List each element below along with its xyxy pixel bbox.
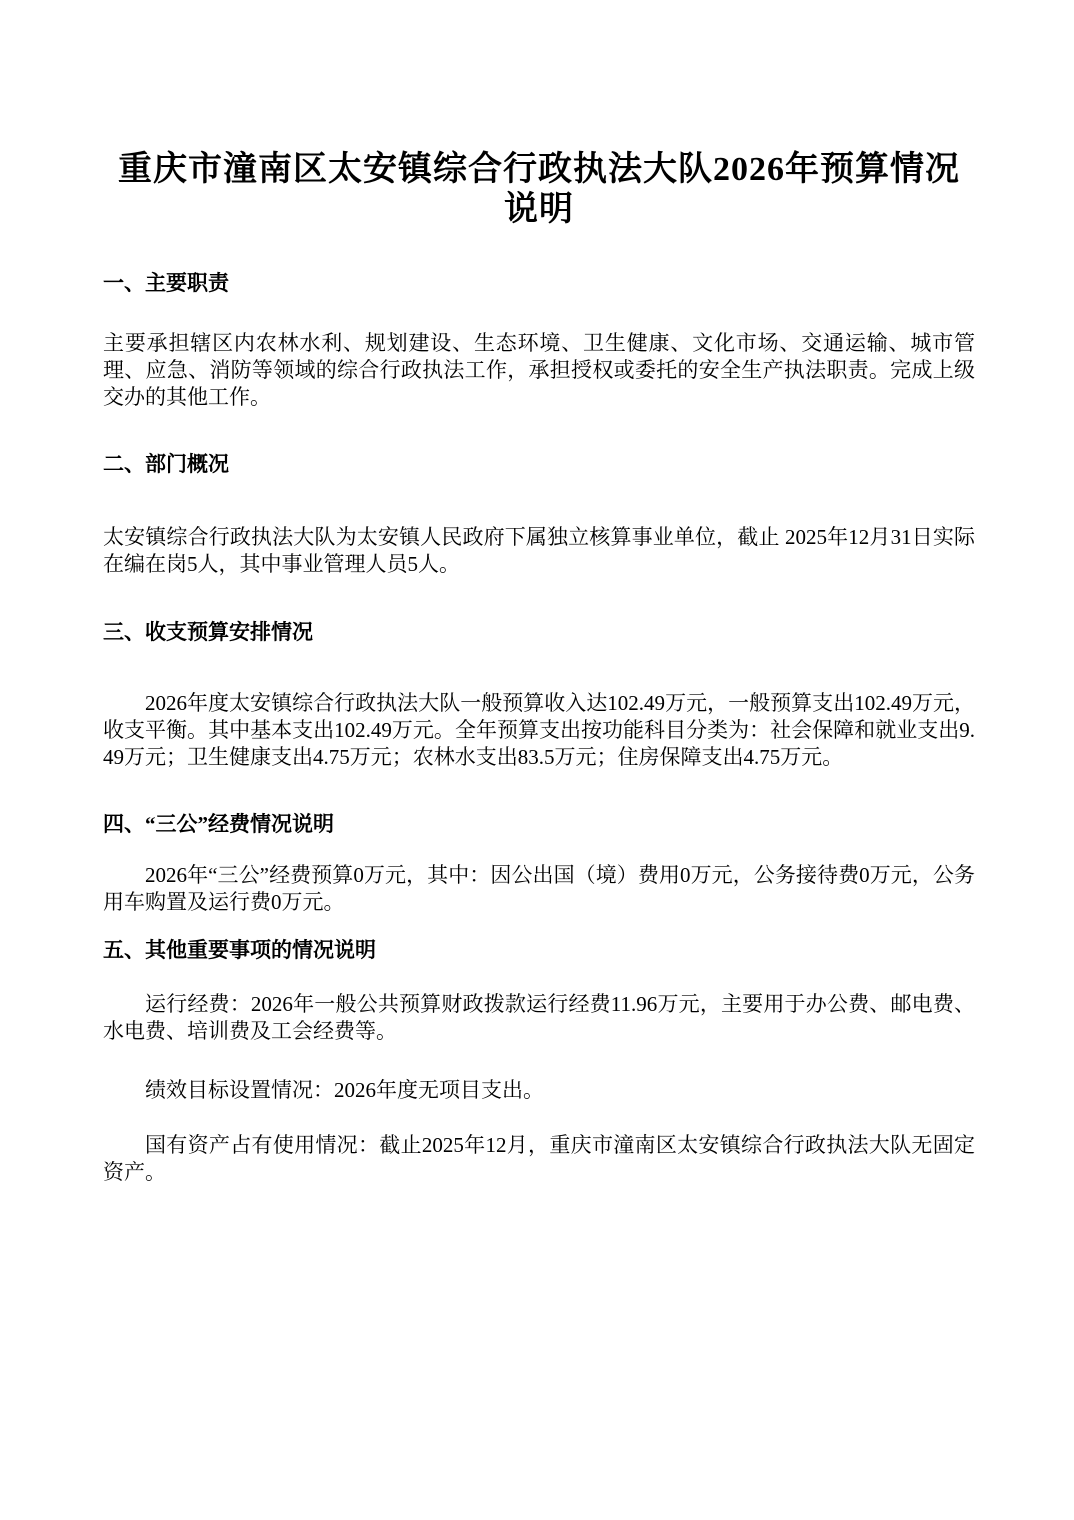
section-heading-other-important-matters: 五、其他重要事项的情况说明 — [103, 937, 975, 964]
paragraph-operating-funds: 运行经费：2026年一般公共预算财政拨款运行经费11.96万元，主要用于办公费、… — [103, 991, 975, 1045]
section-heading-main-duties: 一、主要职责 — [103, 270, 975, 297]
paragraph-three-public-expenses: 2026年“三公”经费预算0万元，其中：因公出国（境）费用0万元，公务接待费0万… — [103, 862, 975, 916]
document-title: 重庆市潼南区太安镇综合行政执法大队2026年预算情况说明 — [103, 150, 975, 230]
document-page: 重庆市潼南区太安镇综合行政执法大队2026年预算情况说明 一、主要职责 主要承担… — [0, 0, 1074, 1520]
paragraph-main-duties: 主要承担辖区内农林水利、规划建设、生态环境、卫生健康、文化市场、交通运输、城市管… — [103, 330, 975, 411]
paragraph-state-owned-assets: 国有资产占有使用情况：截止2025年12月，重庆市潼南区太安镇综合行政执法大队无… — [103, 1132, 975, 1186]
paragraph-budget-arrangement: 2026年度太安镇综合行政执法大队一般预算收入达102.49万元，一般预算支出1… — [103, 690, 975, 771]
paragraph-performance-targets: 绩效目标设置情况：2026年度无项目支出。 — [103, 1077, 975, 1104]
section-heading-department-overview: 二、部门概况 — [103, 451, 975, 478]
section-heading-budget-arrangement: 三、收支预算安排情况 — [103, 619, 975, 646]
paragraph-department-overview: 太安镇综合行政执法大队为太安镇人民政府下属独立核算事业单位，截止 2025年12… — [103, 524, 975, 578]
section-heading-three-public-expenses: 四、“三公”经费情况说明 — [103, 811, 975, 838]
